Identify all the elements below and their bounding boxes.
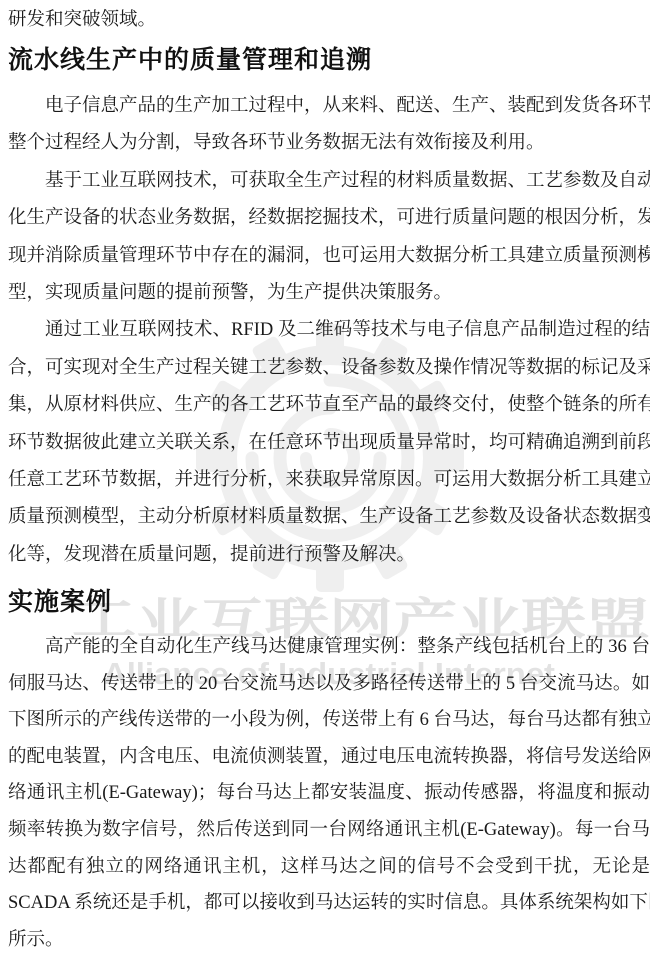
section-body-implementation-case: 高产能的全自动化生产线马达健康管理实例：整条产线包括机台上的 36 台 伺服马达… [8, 629, 650, 958]
text-line: 高产能的全自动化生产线马达健康管理实例：整条产线包括机台上的 36 台 [8, 629, 650, 666]
text-line: 所示。 [8, 922, 650, 959]
section-heading-quality-traceability: 流水线生产中的质量管理和追溯 [8, 44, 650, 76]
text-line: 络通讯主机(E-Gateway)；每台马达上都安装温度、振动传感器，将温度和振动 [8, 775, 650, 812]
text-line: 基于工业互联网技术，可获取全生产过程的材料质量数据、工艺参数及自动 [8, 163, 650, 200]
text-line: 频率转换为数字信号，然后传送到同一台网络通讯主机(E-Gateway)。每一台马 [8, 812, 650, 849]
text-line: 型，实现质量问题的提前预警，为生产提供决策服务。 [8, 275, 650, 312]
text-line: 整个过程经人为分割，导致各环节业务数据无法有效衔接及利用。 [8, 125, 650, 162]
text-line: 下图所示的产线传送带的一小段为例，传送带上有 6 台马达，每台马达都有独立 [8, 702, 650, 739]
document-content: 研发和突破领域。 流水线生产中的质量管理和追溯 电子信息产品的生产加工过程中，从… [0, 0, 658, 976]
document-page: 工业互联网产业联盟 Alliance of Industrial Interne… [0, 0, 658, 976]
section-body-quality-traceability: 电子信息产品的生产加工过程中，从来料、配送、生产、装配到发货各环节， 整个过程经… [8, 88, 650, 574]
text-line: 化等，发现潜在质量问题，提前进行预警及解决。 [8, 537, 650, 574]
text-line: 任意工艺环节数据，并进行分析，来获取异常原因。可运用大数据分析工具建立 [8, 462, 650, 499]
text-line: 质量预测模型，主动分析原材料质量数据、生产设备工艺参数及设备状态数据变 [8, 499, 650, 536]
text-line: 现并消除质量管理环节中存在的漏洞，也可运用大数据分析工具建立质量预测模 [8, 238, 650, 275]
text-line: 电子信息产品的生产加工过程中，从来料、配送、生产、装配到发货各环节， [8, 88, 650, 125]
text-line: SCADA 系统还是手机，都可以接收到马达运转的实时信息。具体系统架构如下图 [8, 885, 650, 922]
text-line: 化生产设备的状态业务数据，经数据挖掘技术，可进行质量问题的根因分析，发 [8, 200, 650, 237]
text-line: 通过工业互联网技术、RFID 及二维码等技术与电子信息产品制造过程的结 [8, 312, 650, 349]
text-line: 伺服马达、传送带上的 20 台交流马达以及多路径传送带上的 5 台交流马达。如 [8, 666, 650, 703]
text-line: 环节数据彼此建立关联关系，在任意环节出现质量异常时，均可精确追溯到前段 [8, 425, 650, 462]
text-line: 的配电装置，内含电压、电流侦测装置，通过电压电流转换器，将信号发送给网 [8, 739, 650, 776]
text-line: 集，从原材料供应、生产的各工艺环节直至产品的最终交付，使整个链条的所有 [8, 387, 650, 424]
text-line: 合，可实现对全生产过程关键工艺参数、设备参数及操作情况等数据的标记及采 [8, 350, 650, 387]
section-heading-implementation-case: 实施案例 [8, 586, 650, 618]
paragraph-fragment: 研发和突破领域。 [8, 6, 650, 34]
text-line: 达都配有独立的网络通讯主机，这样马达之间的信号不会受到干扰，无论是 [8, 849, 650, 886]
